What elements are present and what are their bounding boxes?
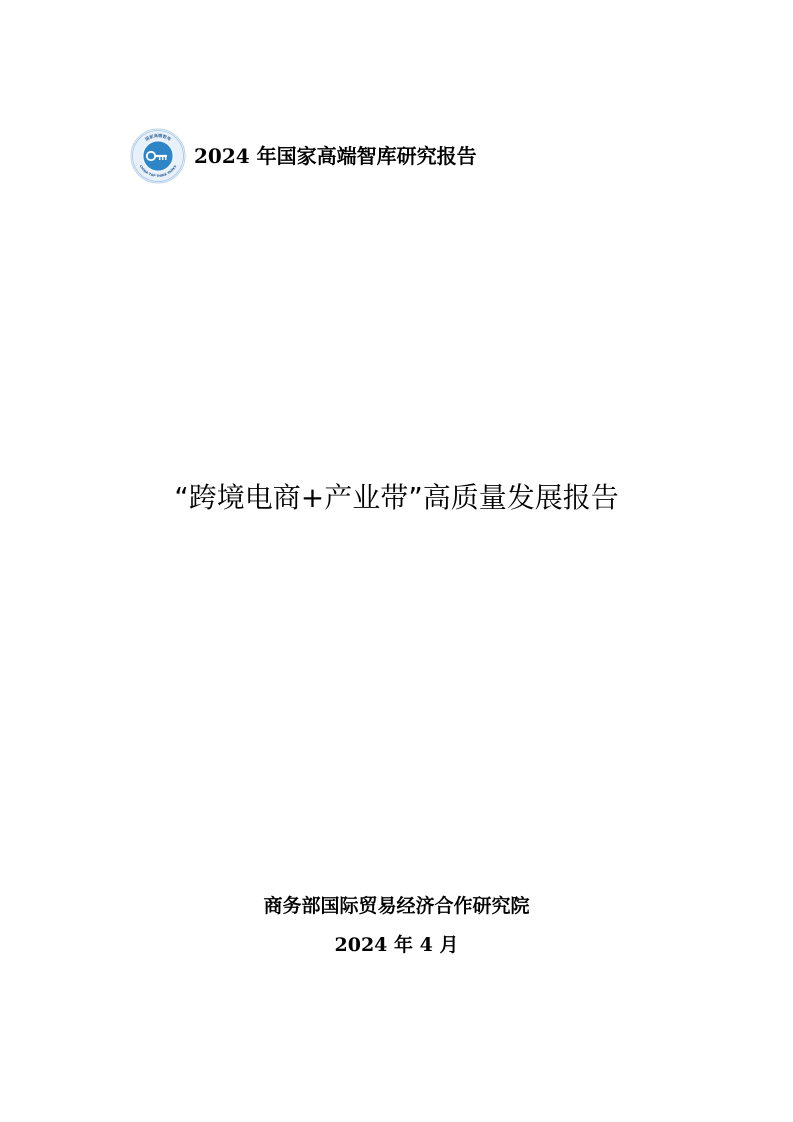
document-title: “跨境电商+产业带”高质量发展报告 [0, 481, 793, 515]
report-series-header: 国家高端智库 CHINA TOP THINK TANKS 2024 年国家高端智… [130, 128, 477, 184]
publishing-organization: 商务部国际贸易经济合作研究院 [0, 895, 793, 918]
publication-date: 2024 年 4 月 [0, 934, 793, 957]
report-series-title: 2024 年国家高端智库研究报告 [194, 146, 477, 166]
key-icon: 国家高端智库 CHINA TOP THINK TANKS [130, 128, 186, 184]
think-tank-logo: 国家高端智库 CHINA TOP THINK TANKS [130, 128, 186, 184]
